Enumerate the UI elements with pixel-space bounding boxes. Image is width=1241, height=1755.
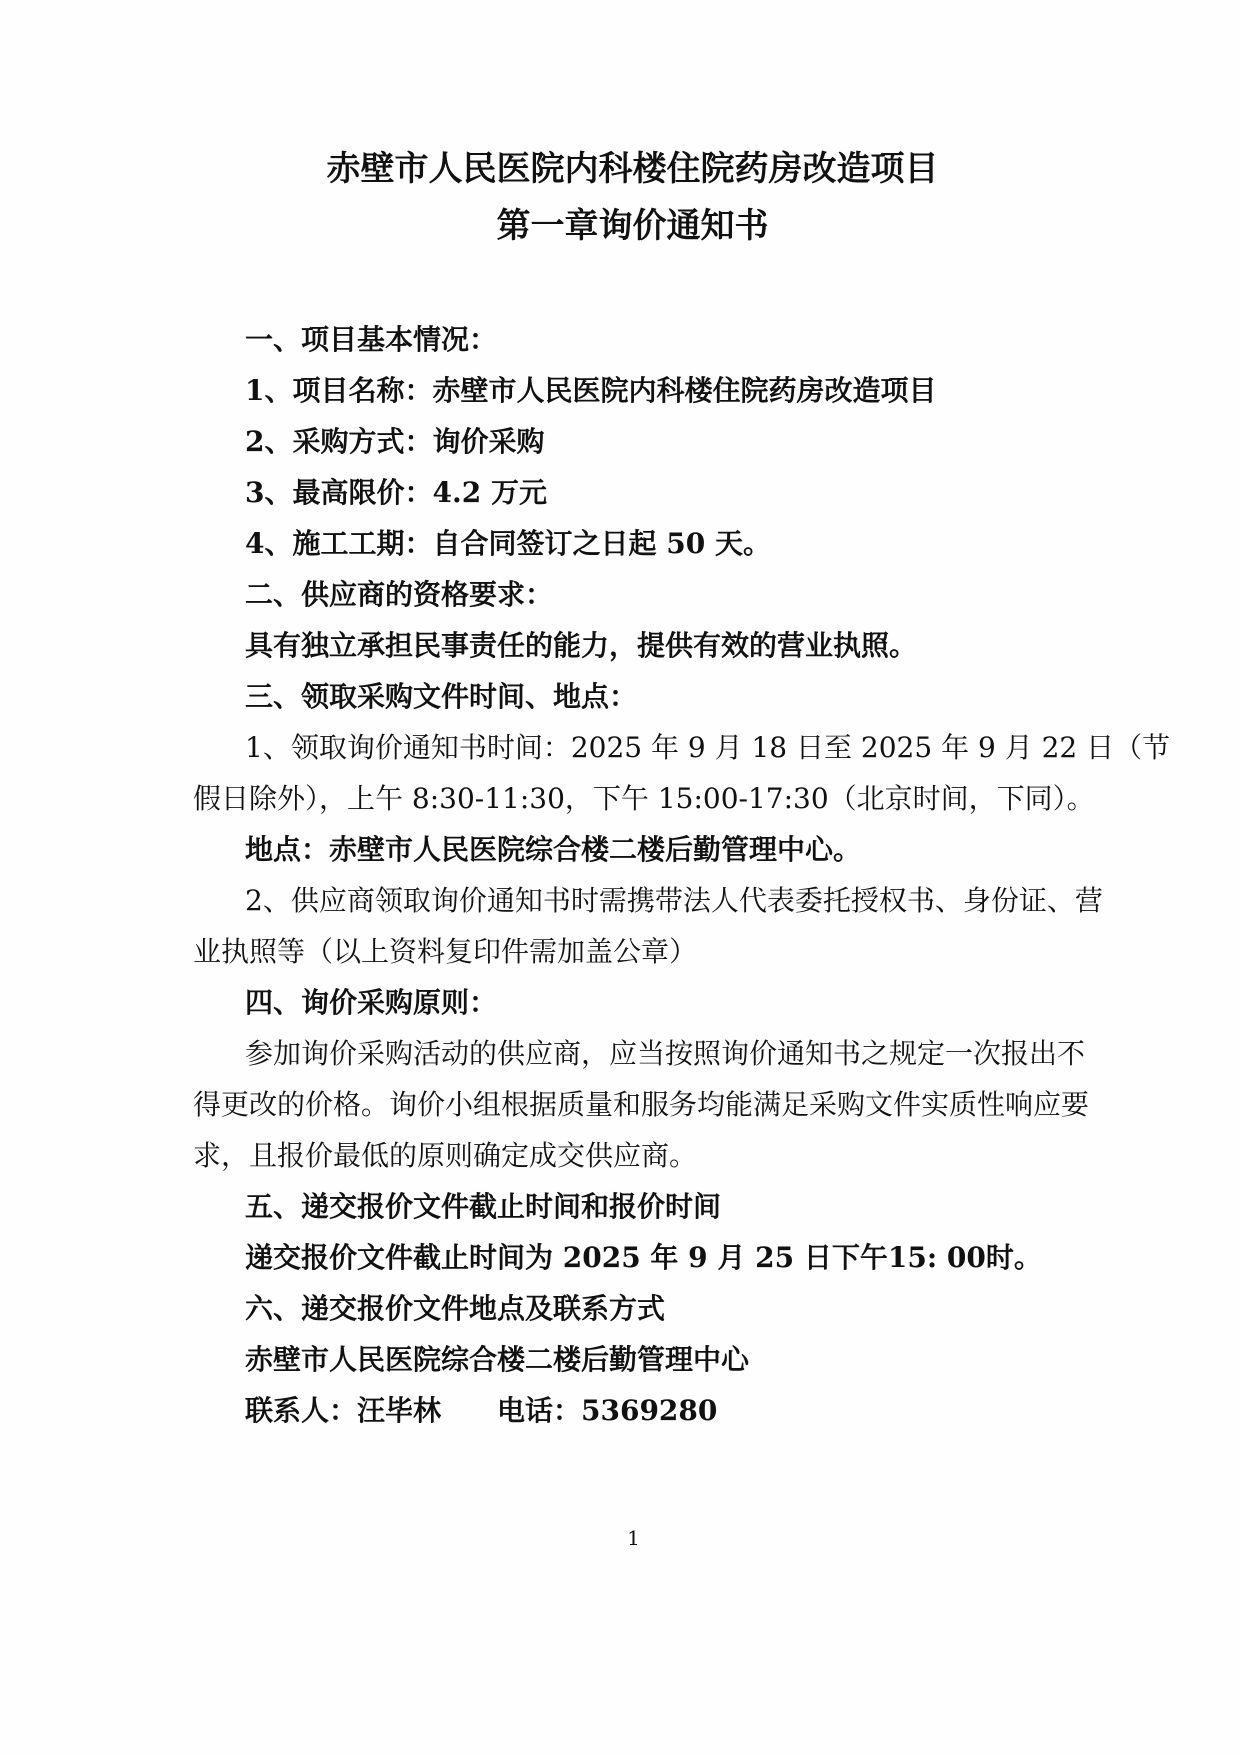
page-number: 1 (193, 1526, 1074, 1550)
text-line: 4、施工工期：自合同签订之日起 50 天。 (193, 518, 1074, 569)
text-line: 赤壁市人民医院综合楼二楼后勤管理中心 (193, 1334, 1074, 1385)
text-line: 参加询价采购活动的供应商，应当按照询价通知书之规定一次报出不 (193, 1028, 1074, 1079)
text-line: 六、递交报价文件地点及联系方式 (193, 1283, 1074, 1334)
document-body: 一、项目基本情况：1、项目名称：赤壁市人民医院内科楼住院药房改造项目2、采购方式… (193, 314, 1074, 1436)
text-line: 3、最高限价：4.2 万元 (193, 467, 1074, 518)
text-line: 假日除外），上午 8:30-11:30，下午 15:00-17:30（北京时间，… (193, 773, 1074, 824)
title-line-1: 赤壁市人民医院内科楼住院药房改造项目 (192, 141, 1073, 198)
text-line: 四、询价采购原则： (193, 977, 1074, 1028)
text-line: 具有独立承担民事责任的能力，提供有效的营业执照。 (193, 620, 1074, 671)
text-line: 递交报价文件截止时间为 2025 年 9 月 25 日下午15: 00时。 (193, 1232, 1074, 1283)
text-line: 联系人：汪毕林 电话：5369280 (193, 1385, 1074, 1436)
text-line: 求，且报价最低的原则确定成交供应商。 (193, 1130, 1074, 1181)
document-page: 赤壁市人民医院内科楼住院药房改造项目 第一章询价通知书 一、项目基本情况：1、项… (0, 0, 1241, 1755)
text-line: 一、项目基本情况： (193, 314, 1074, 365)
text-line: 五、递交报价文件截止时间和报价时间 (193, 1181, 1074, 1232)
text-line: 2、供应商领取询价通知书时需携带法人代表委托授权书、身份证、营 (193, 875, 1074, 926)
text-line: 二、供应商的资格要求： (193, 569, 1074, 620)
document-title: 赤壁市人民医院内科楼住院药房改造项目 第一章询价通知书 (192, 141, 1073, 255)
text-line: 2、采购方式：询价采购 (193, 416, 1074, 467)
text-line: 得更改的价格。询价小组根据质量和服务均能满足采购文件实质性响应要 (193, 1079, 1074, 1130)
text-line: 1、领取询价通知书时间：2025 年 9 月 18 日至 2025 年 9 月 … (193, 722, 1074, 773)
text-line: 1、项目名称：赤壁市人民医院内科楼住院药房改造项目 (193, 365, 1074, 416)
text-line: 三、领取采购文件时间、地点： (193, 671, 1074, 722)
text-line: 地点：赤壁市人民医院综合楼二楼后勤管理中心。 (193, 824, 1074, 875)
title-line-2: 第一章询价通知书 (192, 198, 1073, 255)
text-line: 业执照等（以上资料复印件需加盖公章） (193, 926, 1074, 977)
